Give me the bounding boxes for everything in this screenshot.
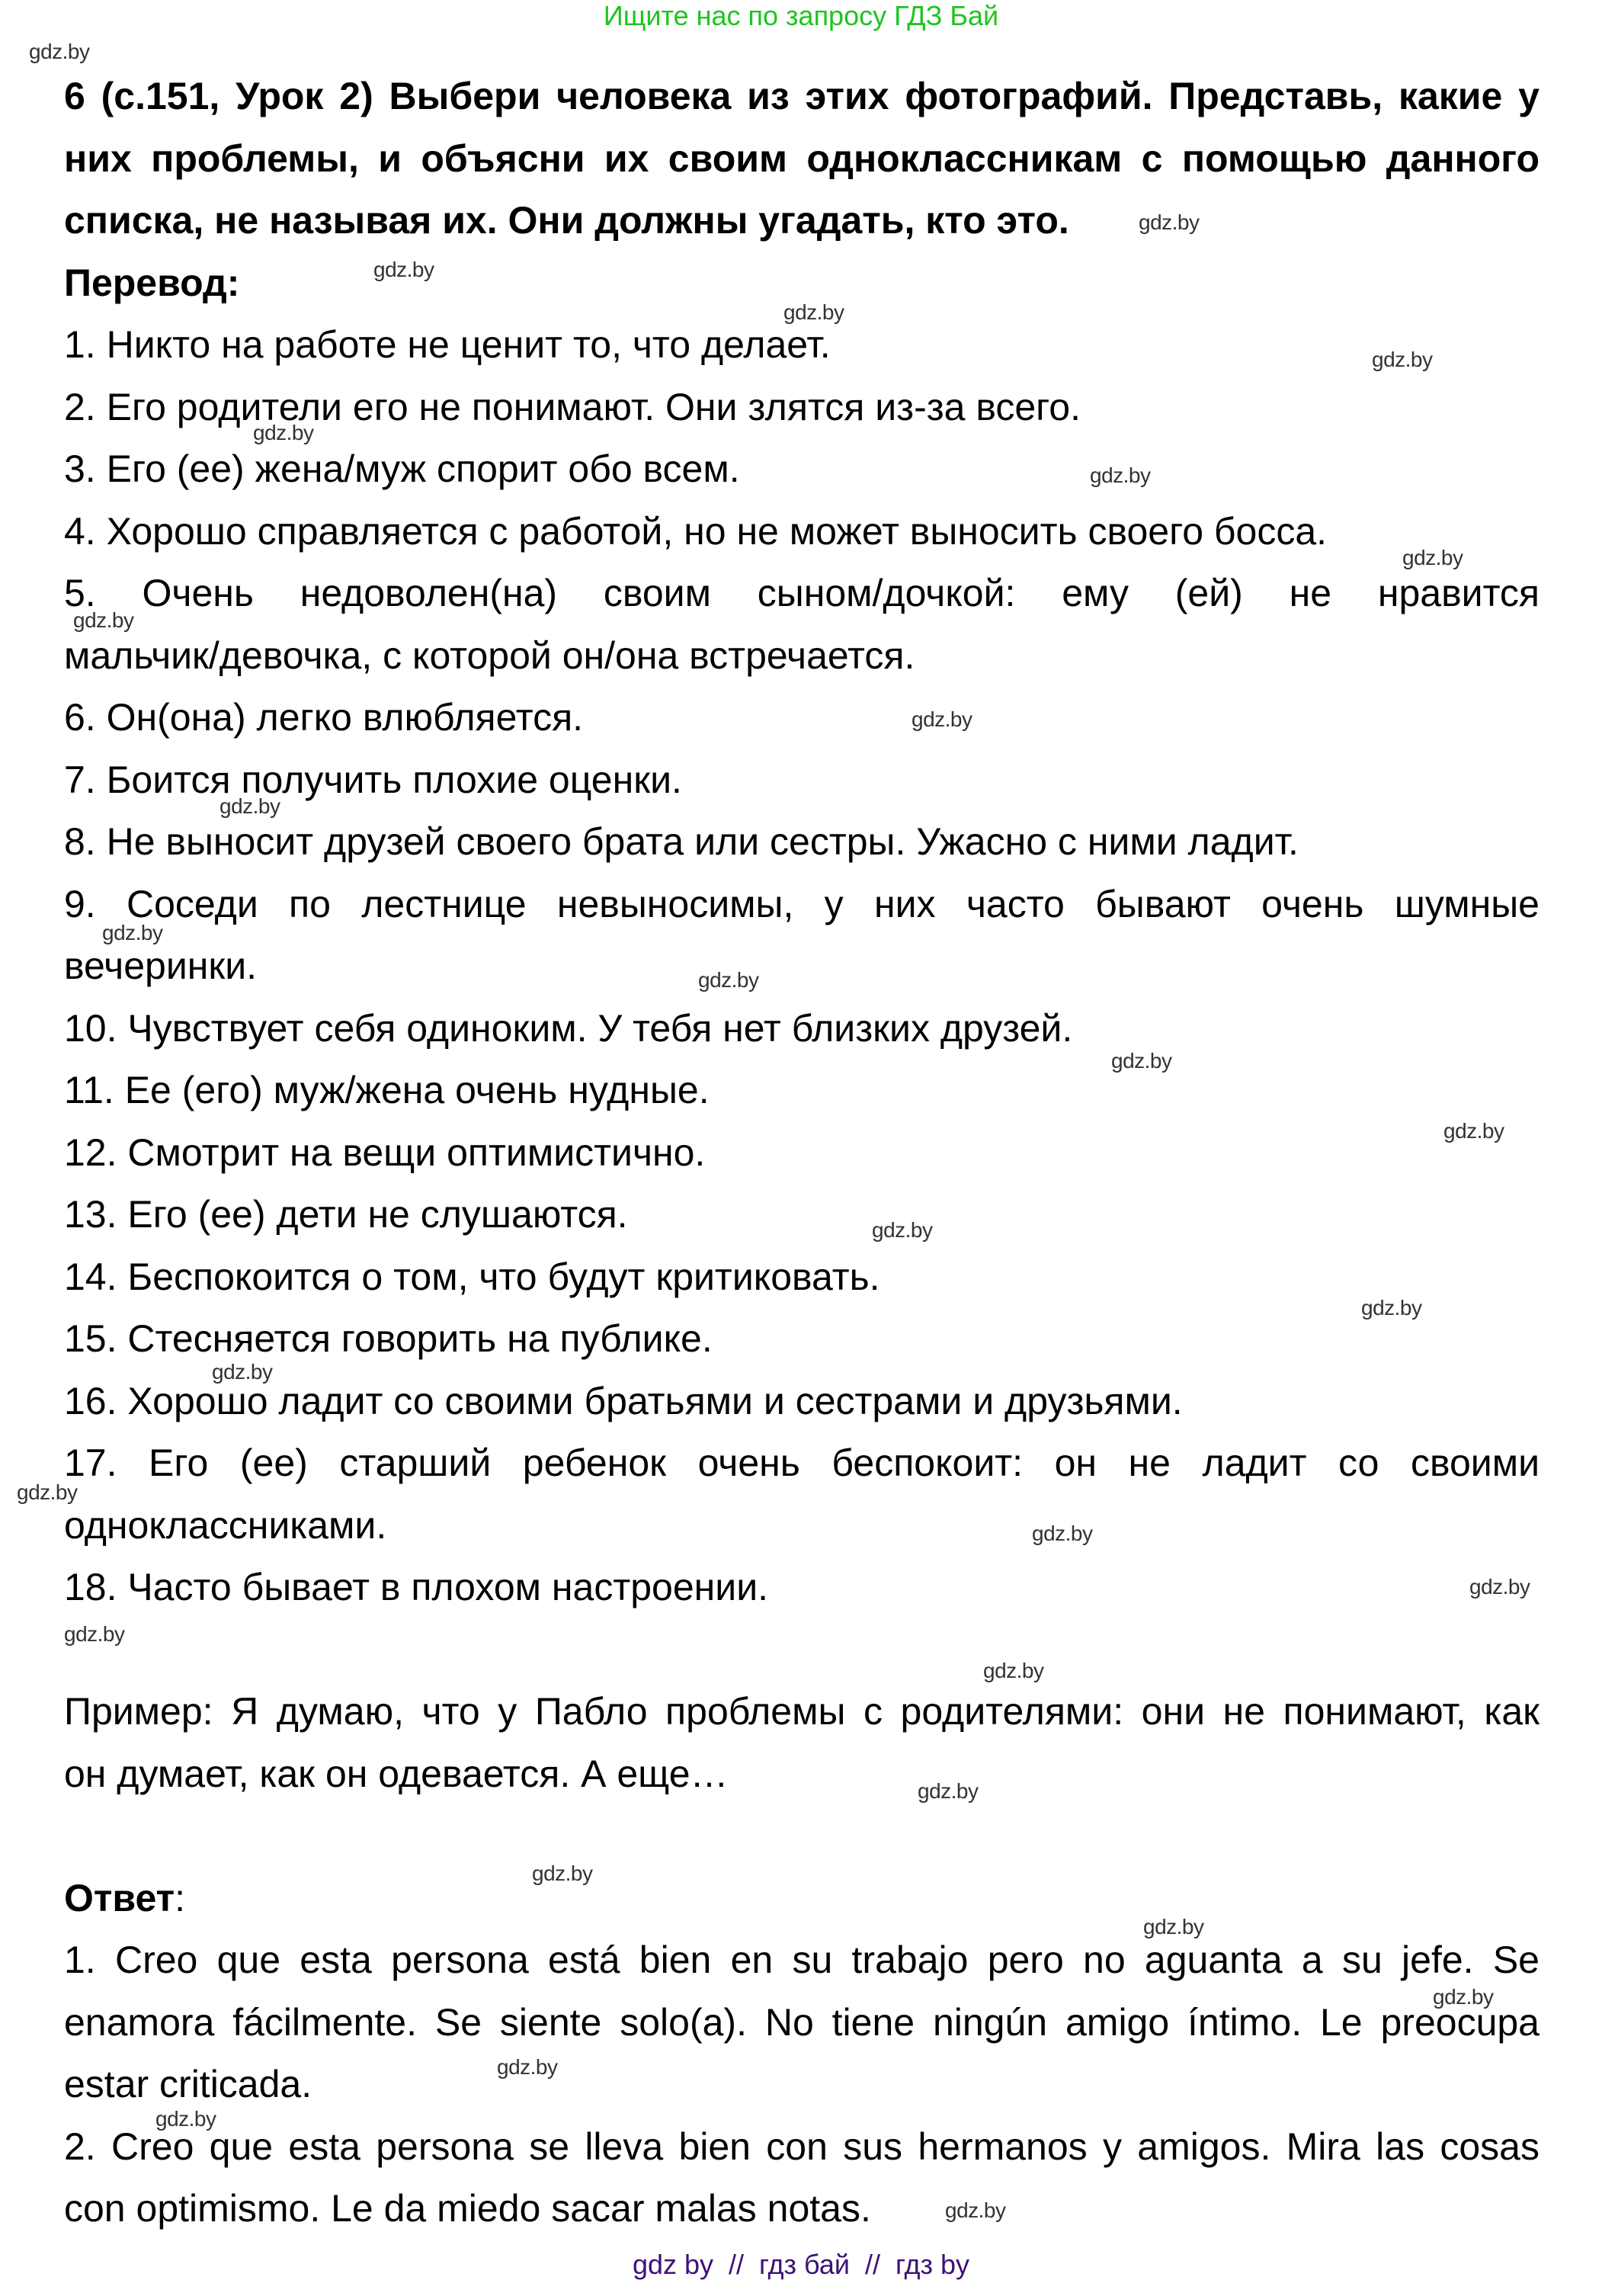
task-line: них проблемы, и объясни их своим однокла… xyxy=(64,128,1540,191)
answer-heading-colon: : xyxy=(175,1877,185,1919)
top-banner: Ищите нас по запросу ГДЗ Бай xyxy=(0,0,1602,32)
task-line: 6 (с.151, Урок 2) Выбери человека из эти… xyxy=(64,66,1540,128)
footer-links[interactable]: gdz by // гдз бай // гдз by xyxy=(0,2249,1602,2281)
answer-line: con optimismo. Le da miedo sacar malas n… xyxy=(64,2178,1540,2240)
translation-item: 11. Ее (его) муж/жена очень нудные. xyxy=(64,1060,1540,1122)
answer-line: 1. Creo que esta persona está bien en su… xyxy=(64,1929,1540,1992)
translation-item: 16. Хорошо ладит со своими братьями и се… xyxy=(64,1371,1540,1433)
translation-item: 18. Часто бывает в плохом настроении. xyxy=(64,1557,1540,1619)
translation-item: 12. Смотрит на вещи оптимистично. xyxy=(64,1122,1540,1185)
watermark: gdz.by xyxy=(29,40,90,64)
translation-item: 1. Никто на работе не ценит то, что дела… xyxy=(64,314,1540,377)
translation-item: 9. Соседи по лестнице невыносимы, у них … xyxy=(64,874,1540,936)
translation-item: мальчик/девочка, с которой он/она встреч… xyxy=(64,625,1540,688)
task-line: списка, не называя их. Они должны угадат… xyxy=(64,190,1540,252)
answer-line: estar criticada. xyxy=(64,2054,1540,2116)
translation-item: вечеринки. xyxy=(64,935,1540,998)
translation-item: 6. Он(она) легко влюбляется. xyxy=(64,687,1540,749)
example-line: Пример: Я думаю, что у Пабло проблемы с … xyxy=(64,1681,1540,1743)
translation-item: одноклассниками. xyxy=(64,1495,1540,1557)
translation-item: 5. Очень недоволен(на) своим сыном/дочко… xyxy=(64,563,1540,625)
answer-heading: Ответ: xyxy=(64,1868,1540,1930)
answer-heading-label: Ответ xyxy=(64,1877,175,1919)
document-body: 6 (с.151, Урок 2) Выбери человека из эти… xyxy=(64,66,1540,2240)
answer-line: 2. Creo que esta persona se lleva bien c… xyxy=(64,2116,1540,2179)
translation-item: 14. Беспокоится о том, что будут критико… xyxy=(64,1246,1540,1309)
example-line: он думает, как он одевается. А еще… xyxy=(64,1743,1540,1806)
translation-item: 4. Хорошо справляется с работой, но не м… xyxy=(64,501,1540,563)
translation-item: 10. Чувствует себя одиноким. У тебя нет … xyxy=(64,998,1540,1060)
translation-heading: Перевод: xyxy=(64,252,1540,315)
translation-item: 15. Стесняется говорить на публике. xyxy=(64,1308,1540,1371)
translation-item: 13. Его (ее) дети не слушаются. xyxy=(64,1184,1540,1246)
translation-item: 2. Его родители его не понимают. Они зля… xyxy=(64,377,1540,439)
answer-line: enamora fácilmente. Se siente solo(a). N… xyxy=(64,1992,1540,2054)
translation-item: 17. Его (ее) старший ребенок очень беспо… xyxy=(64,1432,1540,1495)
translation-item: 8. Не выносит друзей своего брата или се… xyxy=(64,811,1540,874)
translation-item: 3. Его (ее) жена/муж спорит обо всем. xyxy=(64,438,1540,501)
translation-item: 7. Боится получить плохие оценки. xyxy=(64,749,1540,812)
